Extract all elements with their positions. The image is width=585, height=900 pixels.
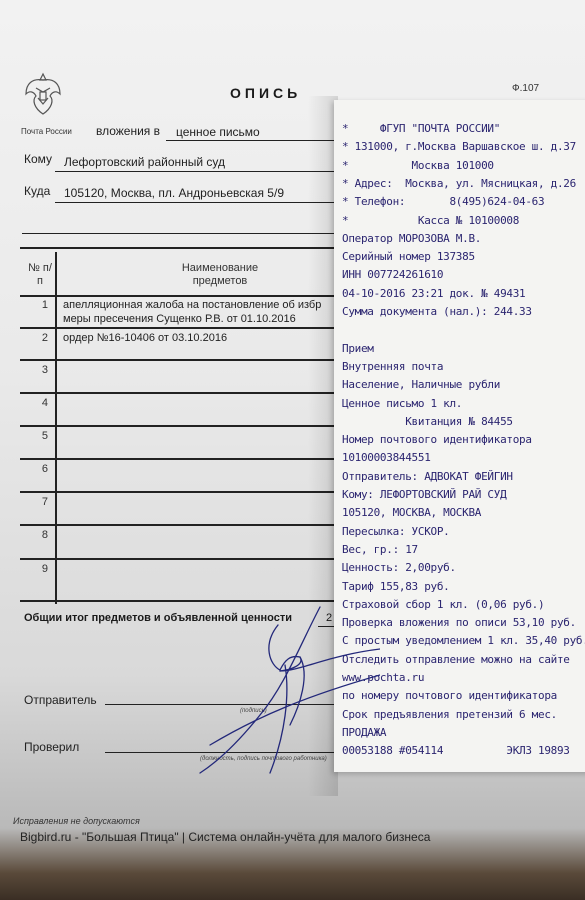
to-underline — [55, 171, 340, 172]
row-border — [20, 425, 340, 427]
row-number: 1 — [26, 299, 48, 311]
table-header-border — [20, 295, 340, 297]
receipt-line: Серийный номер 137385 — [342, 250, 475, 263]
receipt-line: * Адрес: Москва, ул. Мясницкая, д.26 — [342, 177, 576, 190]
row-border — [20, 327, 340, 329]
checked-label: Проверил — [24, 740, 79, 754]
row-border — [20, 524, 340, 526]
row-border — [20, 392, 340, 394]
enclosure-label: вложения в — [96, 124, 160, 138]
no-corrections-note: Исправления не допускаются — [13, 816, 140, 826]
receipt-line: Пересылка: УСКОР. — [342, 525, 449, 538]
receipt-line: * Телефон: 8(495)624-04-63 — [342, 195, 544, 208]
receipt-line: 105120, МОСКВА, МОСКВА — [342, 506, 481, 519]
row-number: 9 — [26, 563, 48, 575]
receipt-line: 10100003844551 — [342, 451, 431, 464]
row-number: 8 — [26, 529, 48, 541]
receipt-line: Население, Наличные рубли — [342, 378, 500, 391]
header-name: Наименование предметов — [160, 262, 280, 288]
where-label: Куда — [24, 184, 50, 198]
receipt-line: Ценное письмо 1 кл. — [342, 397, 462, 410]
table-top-border — [20, 247, 340, 249]
row-item-line2: меры пресечения Сущенко Р.В. от 01.10.20… — [63, 312, 321, 326]
receipt-line: * Москва 101000 — [342, 159, 494, 172]
header-num: № п/п — [26, 262, 54, 288]
bigbird-footer: Bigbird.ru - "Большая Птица" | Система о… — [20, 830, 430, 844]
receipt-line: * 131000, г.Москва Варшавское ш. д.37 — [342, 140, 576, 153]
where-value: 105120, Москва, пл. Андроньевская 5/9 — [64, 186, 284, 200]
receipt-line: Вес, гр.: 17 — [342, 543, 418, 556]
receipt-line: Ценность: 2,00руб. — [342, 561, 456, 574]
row-number: 6 — [26, 463, 48, 475]
russian-post-label: Почта России — [21, 127, 72, 136]
row-item-name: ордер №16-10406 от 03.10.2016 — [63, 331, 227, 345]
table-column-divider — [55, 252, 57, 604]
receipt-line: Кому: ЛЕФОРТОВСКИЙ РАЙ СУД — [342, 488, 506, 501]
row-number: 4 — [26, 397, 48, 409]
russian-emblem-icon — [22, 68, 64, 120]
row-number: 5 — [26, 430, 48, 442]
receipt-line: Отправитель: АДВОКАТ ФЕЙГИН — [342, 470, 513, 483]
receipt-line: Квитанция № 84455 — [342, 415, 513, 428]
receipt-line: ИНН 007724261610 — [342, 268, 443, 281]
row-border — [20, 359, 340, 361]
row-border — [20, 600, 340, 602]
form-number: Ф.107 — [512, 83, 539, 94]
row-item-line1: ордер №16-10406 от 03.10.2016 — [63, 331, 227, 345]
row-number: 3 — [26, 364, 48, 376]
receipt-line: Прием — [342, 342, 374, 355]
where-underline — [55, 202, 340, 203]
to-value: Лефортовский районный суд — [64, 155, 225, 169]
receipt-line: * Касса № 10100008 — [342, 214, 519, 227]
handwritten-signature — [190, 605, 380, 775]
row-number: 7 — [26, 496, 48, 508]
receipt-line: Тариф 155,83 руб. — [342, 580, 449, 593]
blank-line — [22, 233, 340, 234]
receipt-line: Внутренняя почта — [342, 360, 443, 373]
row-item-line1: апелляционная жалоба на постановление об… — [63, 298, 321, 312]
receipt-line: 04-10-2016 23:21 док. № 49431 — [342, 287, 525, 300]
row-border — [20, 491, 340, 493]
row-border — [20, 558, 340, 560]
row-border — [20, 458, 340, 460]
receipt-line: Сумма документа (нал.): 244.33 — [342, 305, 532, 318]
receipt-line: * ФГУП "ПОЧТА РОССИИ" — [342, 122, 500, 135]
form-title: ОПИСЬ — [230, 85, 301, 101]
row-number: 2 — [26, 332, 48, 344]
receipt-line: Номер почтового идентификатора — [342, 433, 532, 446]
sender-label: Отправитель — [24, 693, 97, 707]
to-label: Кому — [24, 152, 52, 166]
enclosure-value: ценное письмо — [176, 125, 260, 139]
row-item-name: апелляционная жалоба на постановление об… — [63, 298, 321, 326]
receipt-line: Оператор МОРОЗОВА М.В. — [342, 232, 481, 245]
